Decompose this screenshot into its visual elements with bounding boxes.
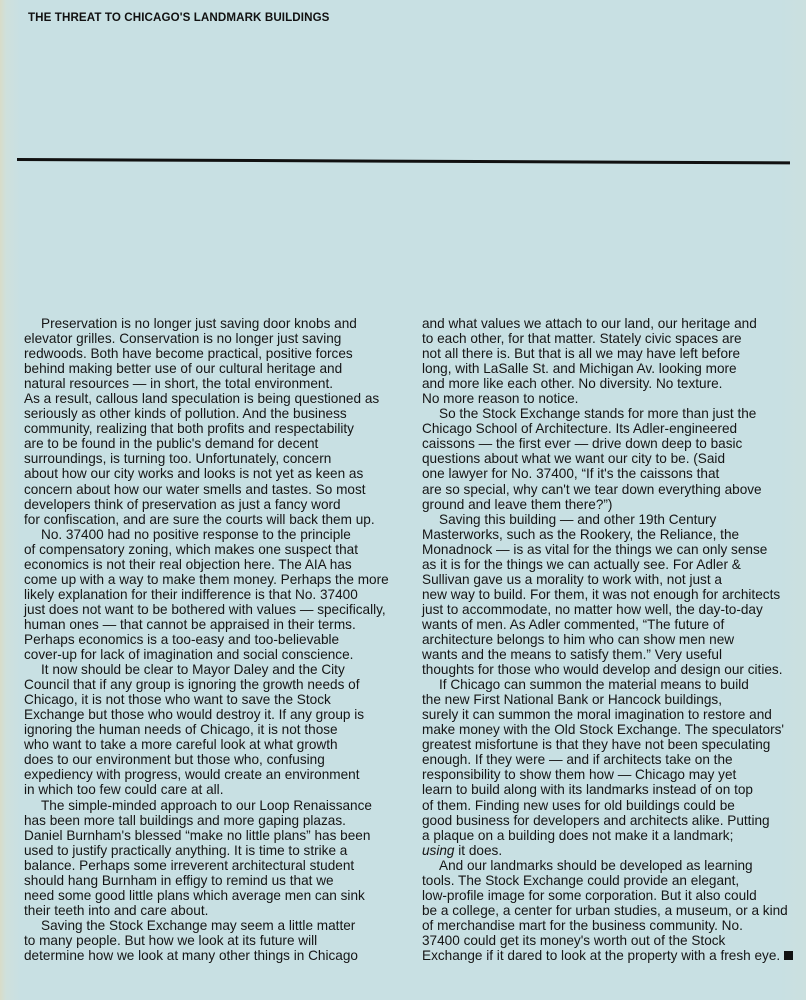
text-line: come up with a way to make them money. P… <box>24 572 394 587</box>
line-text: And our landmarks should be developed as… <box>439 858 753 873</box>
line-text: natural resources — in short, the total … <box>24 376 333 391</box>
text-line: not all there is. But that is all we may… <box>422 346 802 361</box>
text-line: Preservation is no longer just saving do… <box>24 316 394 331</box>
running-header: THE THREAT TO CHICAGO'S LANDMARK BUILDIN… <box>28 11 330 24</box>
text-line: So the Stock Exchange stands for more th… <box>422 406 802 421</box>
text-line: Monadnock — is as vital for the things w… <box>422 542 802 557</box>
horizontal-rule <box>17 158 790 164</box>
line-text: Chicago, it is not those who want to sav… <box>24 692 331 707</box>
text-line: used to justify practically anything. It… <box>24 843 394 858</box>
text-line: Exchange if it dared to look at the prop… <box>422 948 802 963</box>
line-text: Masterworks, such as the Rookery, the Re… <box>422 527 739 542</box>
line-text: caissons — the first ever — drive down d… <box>422 436 742 451</box>
line-text: a plaque on a building does not make it … <box>422 828 733 843</box>
line-text: No. 37400 had no positive response to th… <box>41 527 351 542</box>
line-text: and more like each other. No diversity. … <box>422 376 722 391</box>
text-line: 37400 could get its money's worth out of… <box>422 933 802 948</box>
line-text: Saving this building — and other 19th Ce… <box>439 512 716 527</box>
line-text: thoughts for those who would develop and… <box>422 662 782 677</box>
text-line: tools. The Stock Exchange could provide … <box>422 873 802 888</box>
text-line: need some good little plans which averag… <box>24 888 394 903</box>
line-text: tools. The Stock Exchange could provide … <box>422 873 739 888</box>
text-line: Masterworks, such as the Rookery, the Re… <box>422 527 802 542</box>
line-text: No more reason to notice. <box>422 391 578 406</box>
text-line: balance. Perhaps some irreverent archite… <box>24 858 394 873</box>
text-line: It now should be clear to Mayor Daley an… <box>24 662 394 677</box>
line-text: wants of men. As Adler commented, “The f… <box>422 617 724 632</box>
text-line: in which too few could care at all. <box>24 782 394 797</box>
line-text: one lawyer for No. 37400, “If it's the c… <box>422 466 719 481</box>
text-line: just to accommodate, no matter how well,… <box>422 602 802 617</box>
text-line: using it does. <box>422 843 802 858</box>
text-line: Saving this building — and other 19th Ce… <box>422 512 802 527</box>
line-text: developers think of preservation as just… <box>24 497 341 512</box>
line-text: Exchange but those who would destroy it.… <box>24 707 364 722</box>
line-text: just does not want to be bothered with v… <box>24 602 386 617</box>
line-text: who want to take a more careful look at … <box>24 737 338 752</box>
line-text: be a college, a center for urban studies… <box>422 903 788 918</box>
text-line: economics is not their real objection he… <box>24 557 394 572</box>
line-text: are to be found in the public's demand f… <box>24 436 318 451</box>
text-line: greatest misfortune is that they have no… <box>422 737 802 752</box>
text-line: If Chicago can summon the material means… <box>422 677 802 692</box>
text-line: ground and leave them there?”) <box>422 497 802 512</box>
line-text: community, realizing that both profits a… <box>24 421 354 436</box>
line-text: does to our environment but those who, c… <box>24 752 325 767</box>
line-text: it does. <box>455 843 503 858</box>
text-line: Exchange but those who would destroy it.… <box>24 707 394 722</box>
line-text: about how our city works and looks is no… <box>24 466 363 481</box>
text-line: long, with LaSalle St. and Michigan Av. … <box>422 361 802 376</box>
line-text: The simple-minded approach to our Loop R… <box>41 798 372 813</box>
text-line: developers think of preservation as just… <box>24 497 394 512</box>
text-line: one lawyer for No. 37400, “If it's the c… <box>422 466 802 481</box>
text-line: make money with the Old Stock Exchange. … <box>422 722 802 737</box>
text-line: enough. If they were — and if architects… <box>422 752 802 767</box>
text-line: redwoods. Both have become practical, po… <box>24 346 394 361</box>
line-text: architecture belongs to him who can show… <box>422 632 734 647</box>
line-text: for confiscation, and are sure the court… <box>24 512 375 527</box>
text-line: wants and the means to satisfy them.” Ve… <box>422 647 802 662</box>
text-line: thoughts for those who would develop and… <box>422 662 802 677</box>
text-line: does to our environment but those who, c… <box>24 752 394 767</box>
line-text: the new First National Bank or Hancock b… <box>422 692 722 707</box>
text-line: natural resources — in short, the total … <box>24 376 394 391</box>
text-line: of merchandise mart for the business com… <box>422 918 802 933</box>
line-text: to each other, for that matter. Stately … <box>422 331 742 346</box>
text-line: are so special, why can't we tear down e… <box>422 482 802 497</box>
text-line: a plaque on a building does not make it … <box>422 828 802 843</box>
line-text: Saving the Stock Exchange may seem a lit… <box>41 918 355 933</box>
line-text: Exchange if it dared to look at the prop… <box>422 948 780 963</box>
text-line: good business for developers and archite… <box>422 813 802 828</box>
line-text: Preservation is no longer just saving do… <box>41 316 357 331</box>
text-line: as it is for the things we can actually … <box>422 557 802 572</box>
text-line: Chicago, it is not those who want to sav… <box>24 692 394 707</box>
line-text: make money with the Old Stock Exchange. … <box>422 722 784 737</box>
text-line: of compensatory zoning, which makes one … <box>24 542 394 557</box>
text-line: wants of men. As Adler commented, “The f… <box>422 617 802 632</box>
text-line: Perhaps economics is a too-easy and too-… <box>24 632 394 647</box>
line-text: new way to build. For them, it was not e… <box>422 587 780 602</box>
line-text: Perhaps economics is a too-easy and too-… <box>24 632 339 647</box>
line-text: surroundings, is turning too. Unfortunat… <box>24 451 331 466</box>
text-line: human ones — that cannot be appraised in… <box>24 617 394 632</box>
text-line: architecture belongs to him who can show… <box>422 632 802 647</box>
line-text: their teeth into and care about. <box>24 903 208 918</box>
text-line: caissons — the first ever — drive down d… <box>422 436 802 451</box>
line-text: learn to build along with its landmarks … <box>422 782 753 797</box>
text-line: elevator grilles. Conservation is no lon… <box>24 331 394 346</box>
text-line: and more like each other. No diversity. … <box>422 376 802 391</box>
line-text: responsibility to show them how — Chicag… <box>422 767 736 782</box>
text-line: for confiscation, and are sure the court… <box>24 512 394 527</box>
emphasis: using <box>422 843 455 858</box>
magazine-page: THE THREAT TO CHICAGO'S LANDMARK BUILDIN… <box>0 0 806 1000</box>
line-text: elevator grilles. Conservation is no lon… <box>24 331 341 346</box>
line-text: come up with a way to make them money. P… <box>24 572 389 587</box>
line-text: Chicago School of Architecture. Its Adle… <box>422 421 737 436</box>
line-text: If Chicago can summon the material means… <box>439 677 749 692</box>
line-text: ignoring the human needs of Chicago, it … <box>24 722 338 737</box>
line-text: Daniel Burnham's blessed “make no little… <box>24 828 370 843</box>
line-text: enough. If they were — and if architects… <box>422 752 733 767</box>
text-line: No more reason to notice. <box>422 391 802 406</box>
line-text: economics is not their real objection he… <box>24 557 352 572</box>
text-line: And our landmarks should be developed as… <box>422 858 802 873</box>
text-line: ignoring the human needs of Chicago, it … <box>24 722 394 737</box>
text-line: community, realizing that both profits a… <box>24 421 394 436</box>
line-text: Sullivan gave us a morality to work with… <box>422 572 722 587</box>
text-line: surroundings, is turning too. Unfortunat… <box>24 451 394 466</box>
text-line: questions about what we want our city to… <box>422 451 802 466</box>
line-text: of merchandise mart for the business com… <box>422 918 743 933</box>
line-text: cover-up for lack of imagination and soc… <box>24 647 353 662</box>
line-text: in which too few could care at all. <box>24 782 223 797</box>
text-line: Daniel Burnham's blessed “make no little… <box>24 828 394 843</box>
line-text: to many people. But how we look at its f… <box>24 933 317 948</box>
text-line: the new First National Bank or Hancock b… <box>422 692 802 707</box>
line-text: has been more tall buildings and more ga… <box>24 813 346 828</box>
line-text: are so special, why can't we tear down e… <box>422 482 762 497</box>
end-of-article-square-icon <box>784 951 793 960</box>
line-text: greatest misfortune is that they have no… <box>422 737 770 752</box>
text-line: learn to build along with its landmarks … <box>422 782 802 797</box>
text-line: No. 37400 had no positive response to th… <box>24 527 394 542</box>
line-text: used to justify practically anything. It… <box>24 843 347 858</box>
text-line: likely explanation for their indifferenc… <box>24 587 394 602</box>
text-line: be a college, a center for urban studies… <box>422 903 802 918</box>
text-line: who want to take a more careful look at … <box>24 737 394 752</box>
line-text: human ones — that cannot be appraised in… <box>24 617 356 632</box>
line-text: questions about what we want our city to… <box>422 451 725 466</box>
text-line: Saving the Stock Exchange may seem a lit… <box>24 918 394 933</box>
text-line: about how our city works and looks is no… <box>24 466 394 481</box>
text-line: has been more tall buildings and more ga… <box>24 813 394 828</box>
text-line: low-profile image for some corporation. … <box>422 888 802 903</box>
line-text: So the Stock Exchange stands for more th… <box>439 406 756 421</box>
text-line: The simple-minded approach to our Loop R… <box>24 798 394 813</box>
line-text: likely explanation for their indifferenc… <box>24 587 358 602</box>
text-line: Sullivan gave us a morality to work with… <box>422 572 802 587</box>
line-text: surely it can summon the moral imaginati… <box>422 707 772 722</box>
text-line: Chicago School of Architecture. Its Adle… <box>422 421 802 436</box>
text-line: are to be found in the public's demand f… <box>24 436 394 451</box>
text-line: surely it can summon the moral imaginati… <box>422 707 802 722</box>
text-line: of them. Finding new uses for old buildi… <box>422 798 802 813</box>
line-text: behind making better use of our cultural… <box>24 361 342 376</box>
text-line: cover-up for lack of imagination and soc… <box>24 647 394 662</box>
article-column-right: and what values we attach to our land, o… <box>422 316 802 963</box>
line-text: wants and the means to satisfy them.” Ve… <box>422 647 722 662</box>
text-line: responsibility to show them how — Chicag… <box>422 767 802 782</box>
line-text: long, with LaSalle St. and Michigan Av. … <box>422 361 737 376</box>
line-text: seriously as other kinds of pollution. A… <box>24 406 347 421</box>
line-text: good business for developers and archite… <box>422 813 770 828</box>
line-text: redwoods. Both have become practical, po… <box>24 346 353 361</box>
line-text: expediency with progress, would create a… <box>24 767 360 782</box>
text-line: just does not want to be bothered with v… <box>24 602 394 617</box>
line-text: Council that if any group is ignoring th… <box>24 677 360 692</box>
line-text: concern about how our water smells and t… <box>24 482 366 497</box>
text-line: to many people. But how we look at its f… <box>24 933 394 948</box>
text-line: their teeth into and care about. <box>24 903 394 918</box>
text-line: and what values we attach to our land, o… <box>422 316 802 331</box>
line-text: balance. Perhaps some irreverent archite… <box>24 858 354 873</box>
article-column-left: Preservation is no longer just saving do… <box>24 316 394 963</box>
text-line: to each other, for that matter. Stately … <box>422 331 802 346</box>
line-text: as it is for the things we can actually … <box>422 557 741 572</box>
line-text: determine how we look at many other thin… <box>24 948 358 963</box>
text-line: determine how we look at many other thin… <box>24 948 394 963</box>
line-text: need some good little plans which averag… <box>24 888 365 903</box>
text-line: new way to build. For them, it was not e… <box>422 587 802 602</box>
text-line: behind making better use of our cultural… <box>24 361 394 376</box>
line-text: should hang Burnham in effigy to remind … <box>24 873 334 888</box>
text-line: seriously as other kinds of pollution. A… <box>24 406 394 421</box>
line-text: 37400 could get its money's worth out of… <box>422 933 725 948</box>
text-line: Council that if any group is ignoring th… <box>24 677 394 692</box>
line-text: low-profile image for some corporation. … <box>422 888 757 903</box>
text-line: concern about how our water smells and t… <box>24 482 394 497</box>
text-line: should hang Burnham in effigy to remind … <box>24 873 394 888</box>
line-text: just to accommodate, no matter how well,… <box>422 602 763 617</box>
text-line: As a result, callous land speculation is… <box>24 391 394 406</box>
text-line: expediency with progress, would create a… <box>24 767 394 782</box>
line-text: of compensatory zoning, which makes one … <box>24 542 358 557</box>
line-text: not all there is. But that is all we may… <box>422 346 740 361</box>
line-text: ground and leave them there?”) <box>422 497 612 512</box>
line-text: It now should be clear to Mayor Daley an… <box>41 662 345 677</box>
line-text: of them. Finding new uses for old buildi… <box>422 798 735 813</box>
line-text: and what values we attach to our land, o… <box>422 316 757 331</box>
line-text: Monadnock — is as vital for the things w… <box>422 542 767 557</box>
line-text: As a result, callous land speculation is… <box>24 391 379 406</box>
